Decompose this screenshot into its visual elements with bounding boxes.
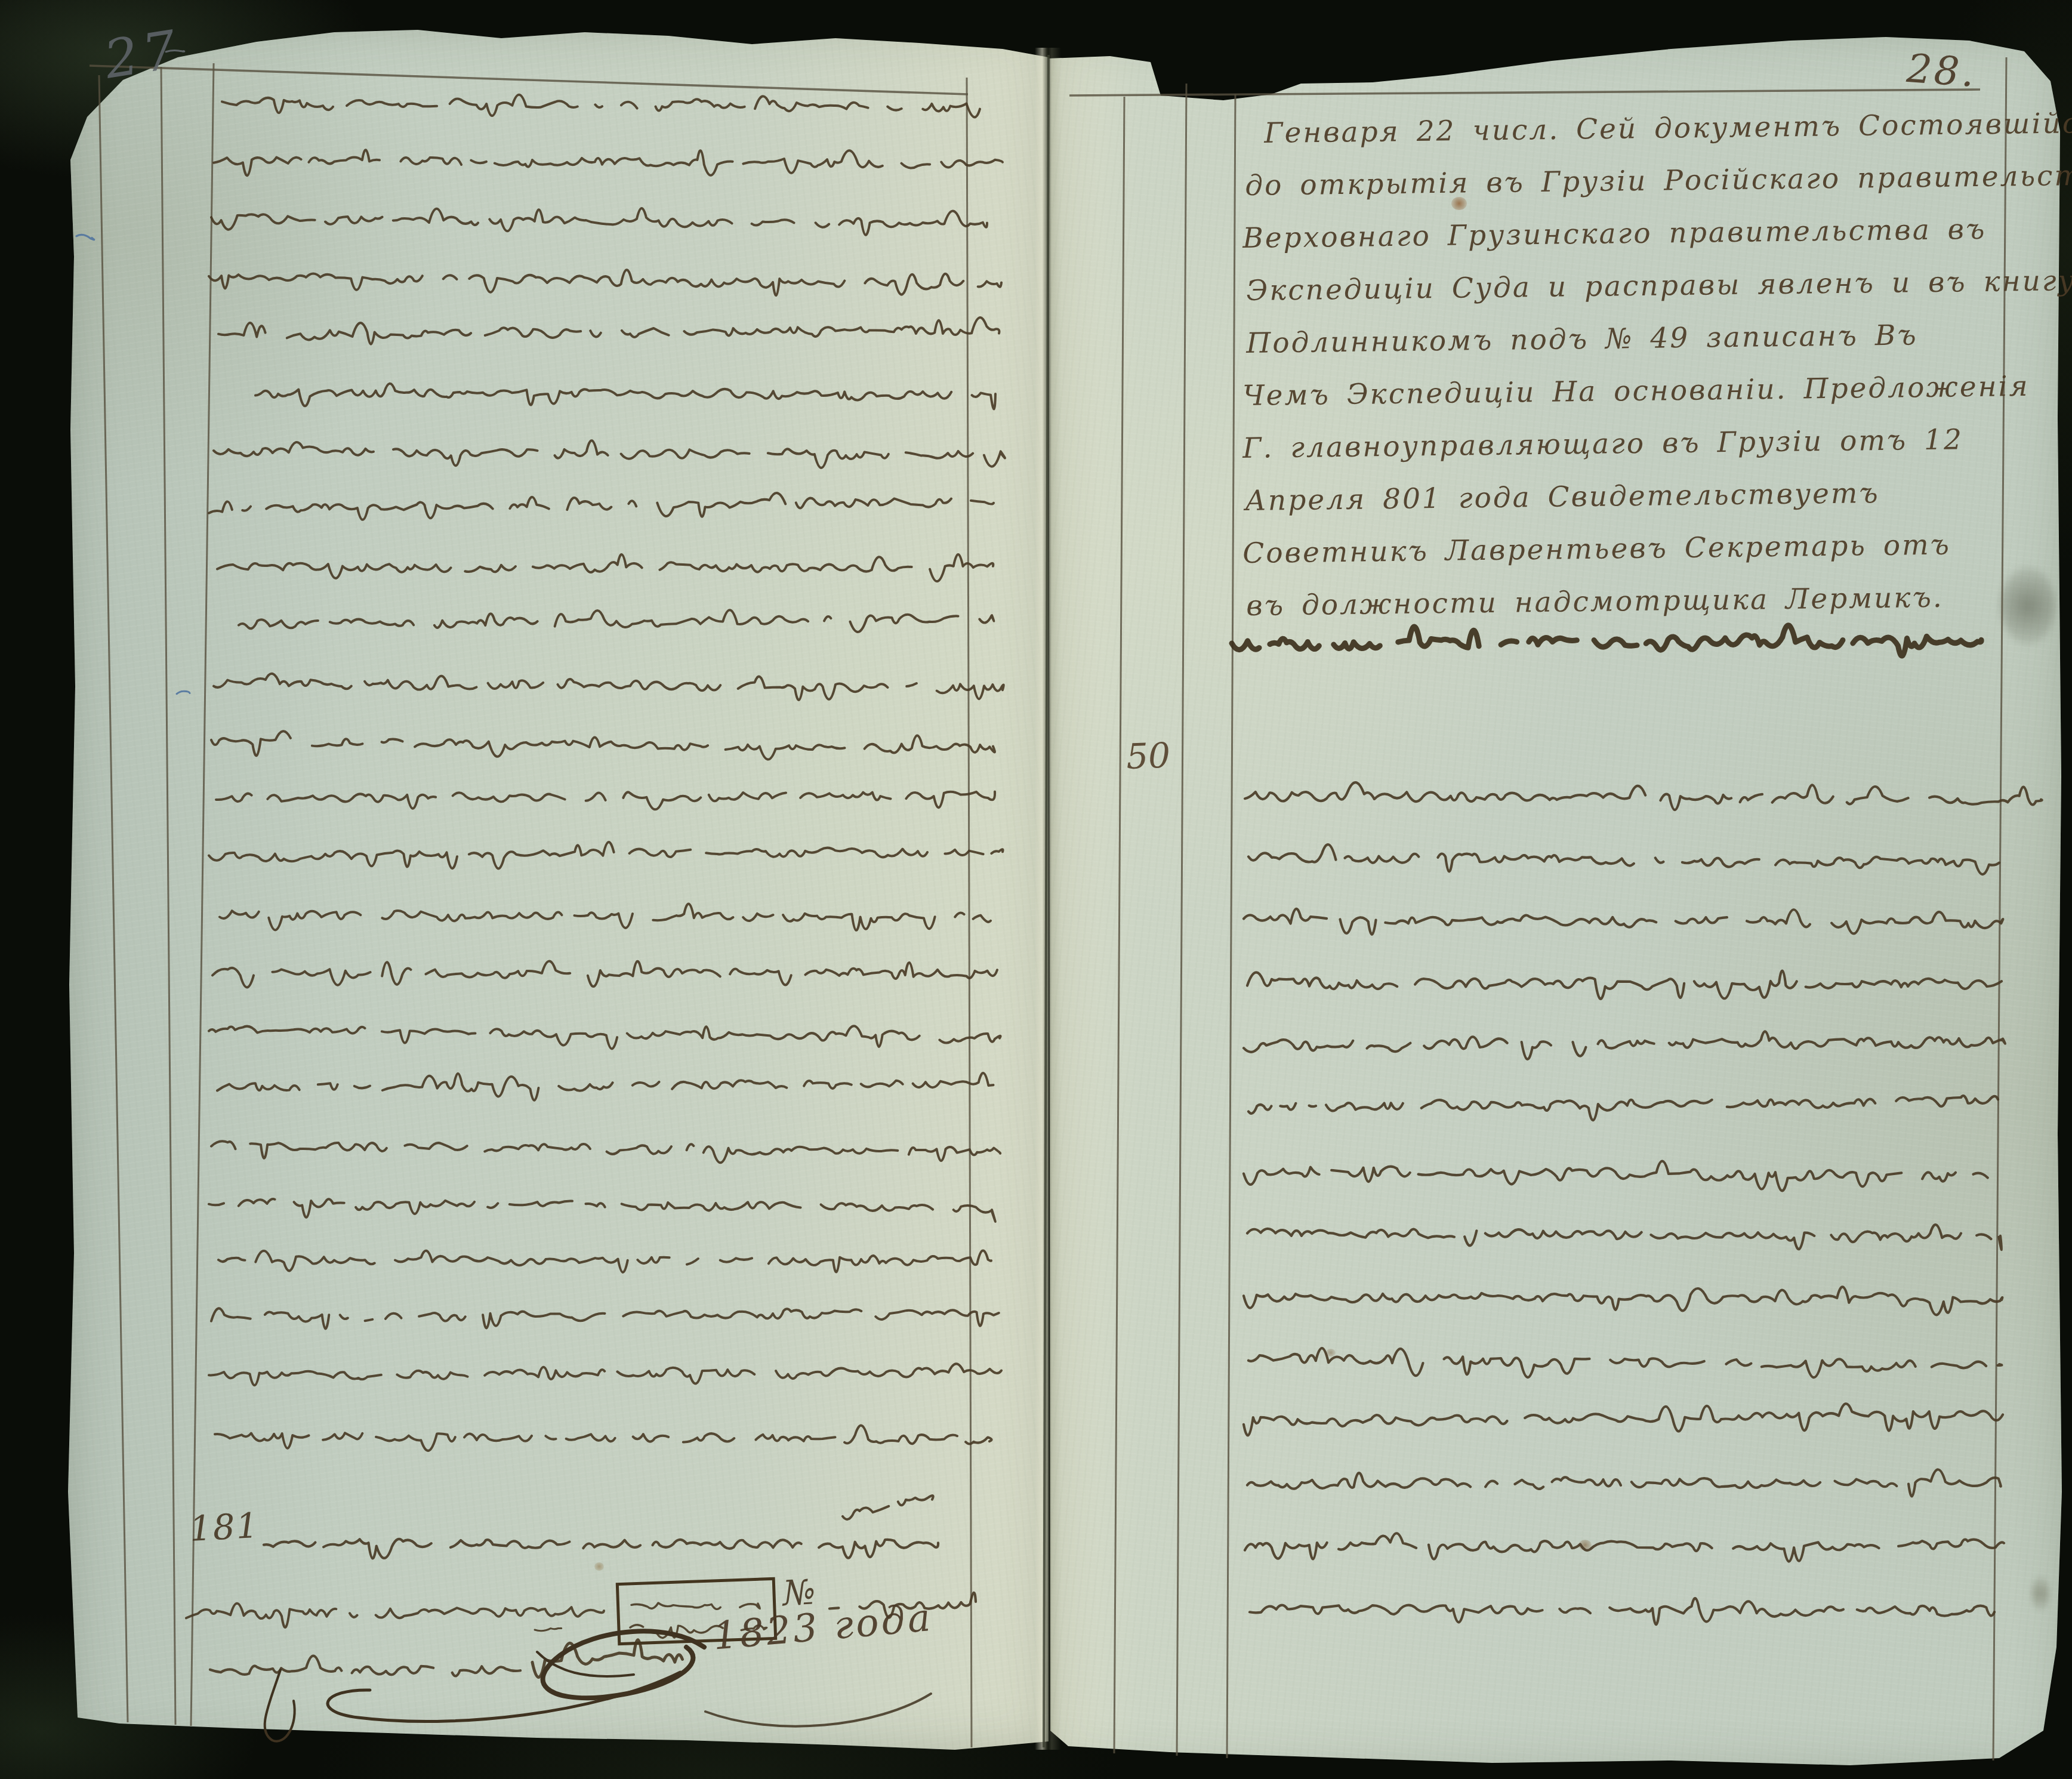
manuscript-scan: 27 28. 50 181 № 1823 года Генваря 22 чис… xyxy=(0,0,2072,1779)
handwriting-ink-layer xyxy=(0,0,2072,1779)
right-page-georgian-script xyxy=(1232,625,2042,1624)
right-page-number-ink: 28. xyxy=(1905,45,1978,96)
ruled-margin-lines xyxy=(90,55,2006,1760)
right-entry-number: 50 xyxy=(1126,735,1171,777)
left-marginal-number: 181 xyxy=(189,1505,260,1549)
left-page-number-pencil: 27 xyxy=(100,18,186,91)
left-page-georgian-script xyxy=(209,95,1005,1451)
